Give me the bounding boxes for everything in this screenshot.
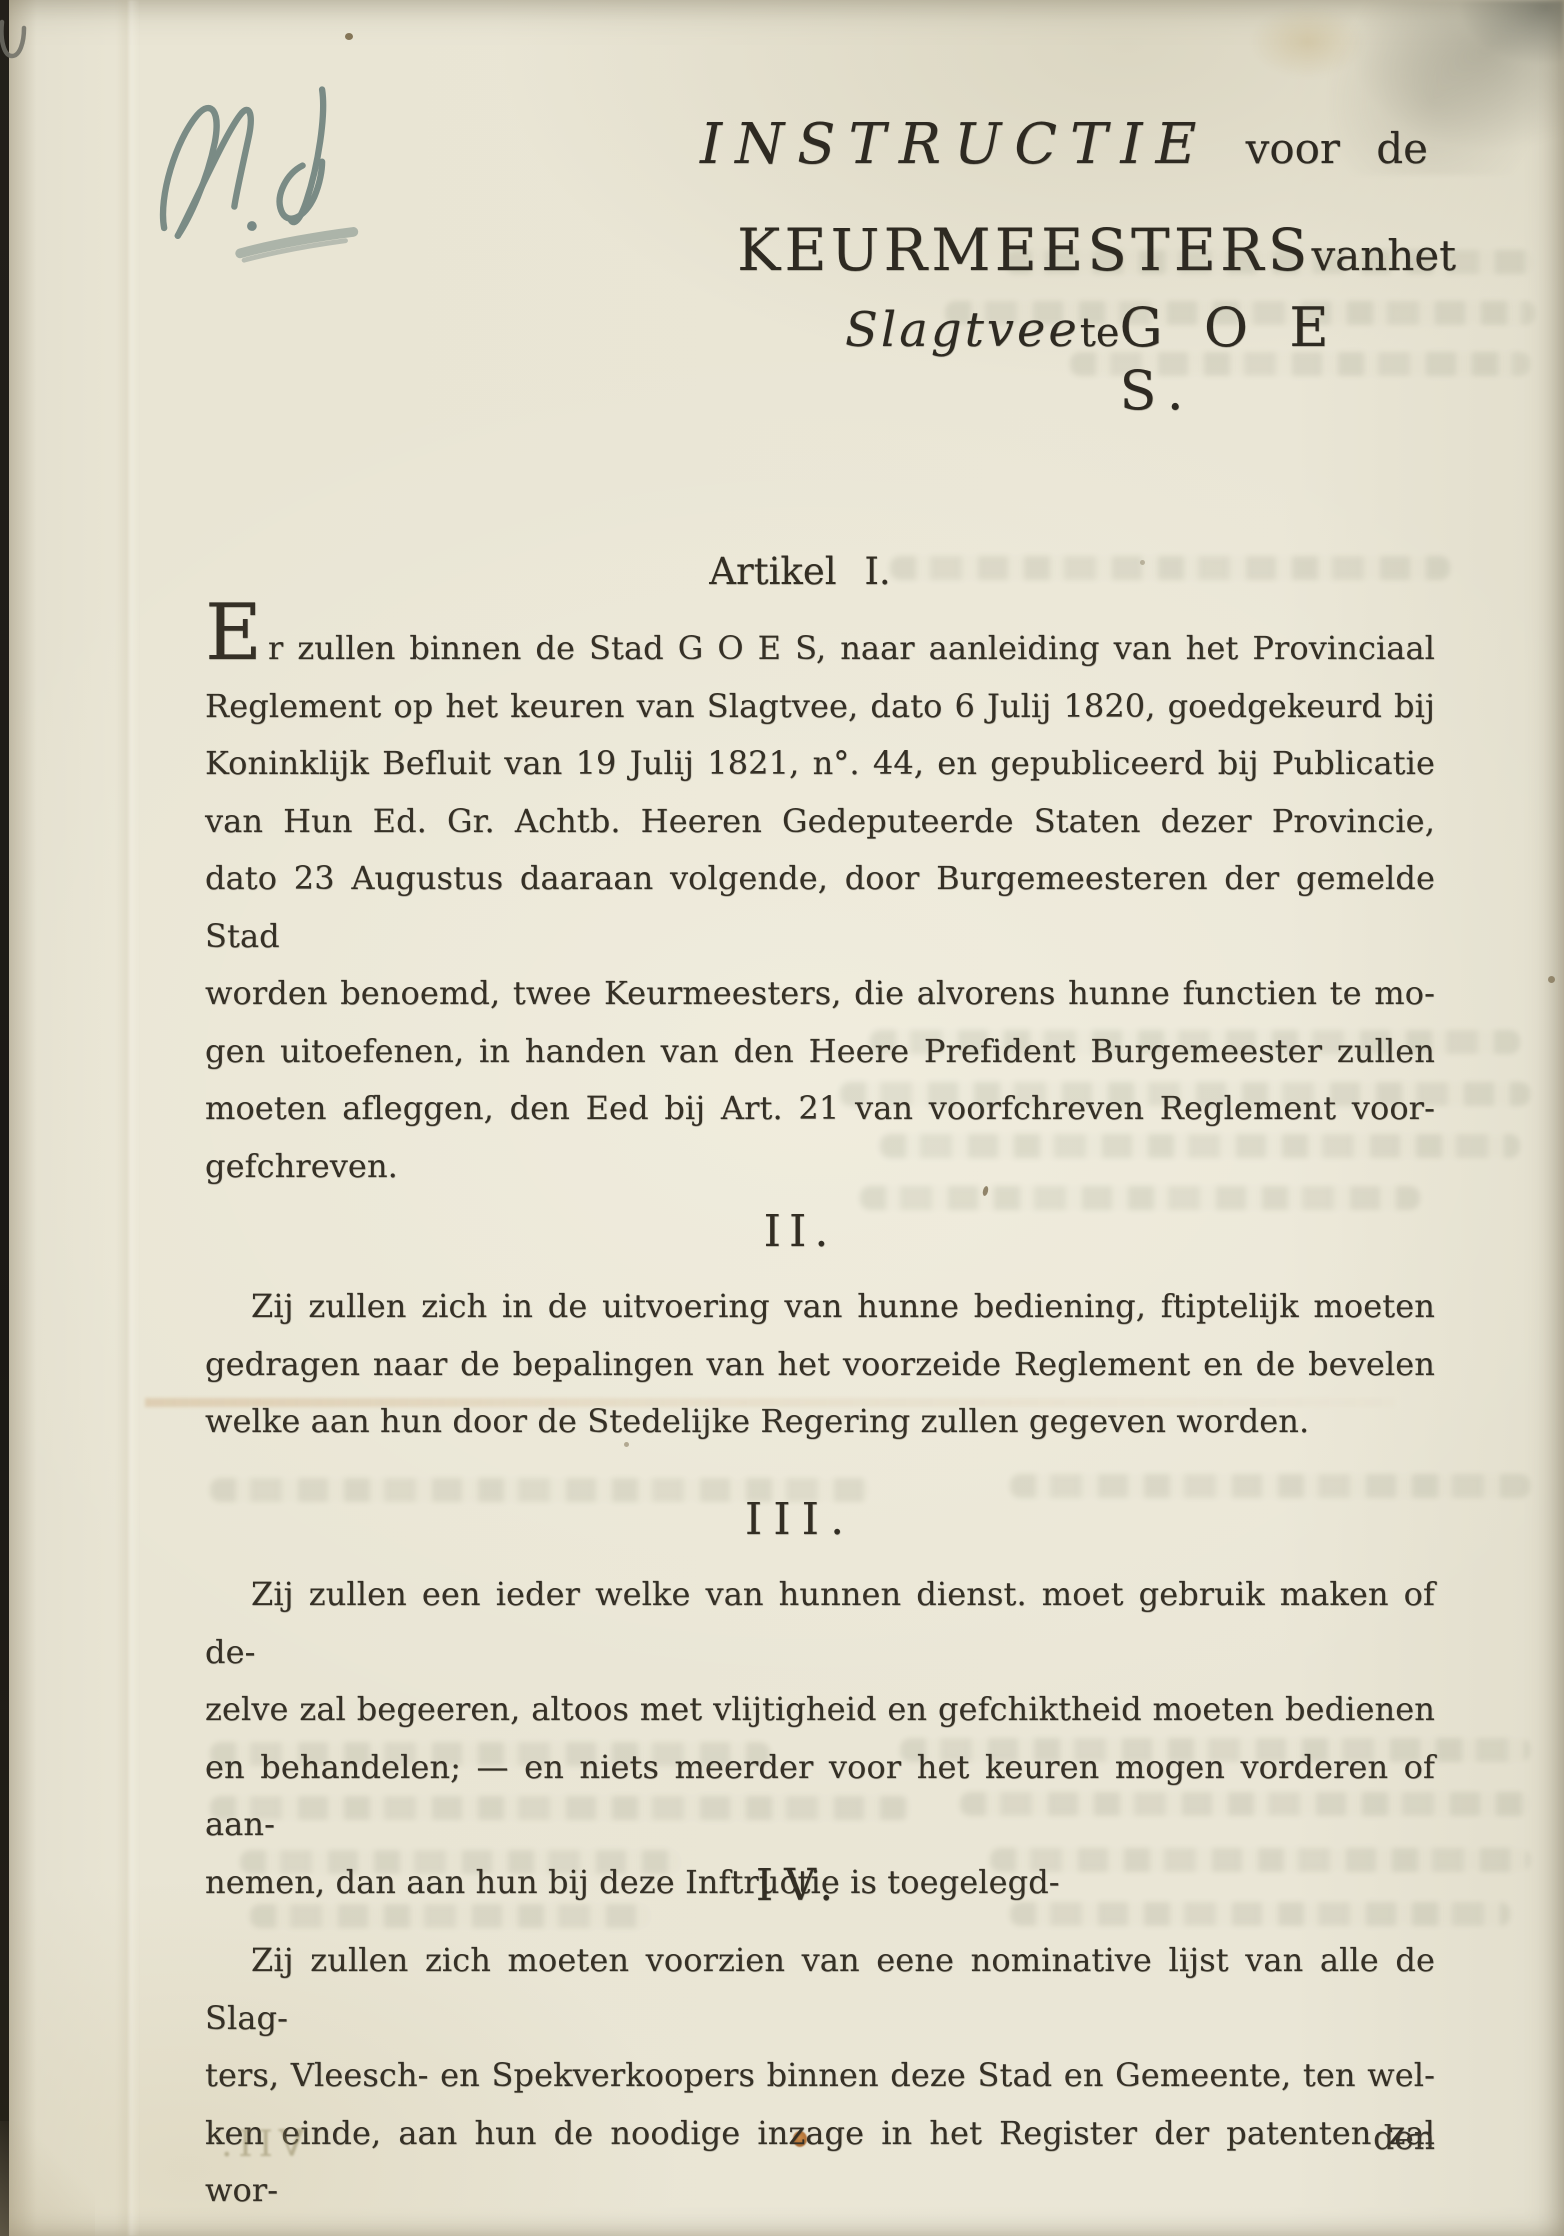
text-line: Reglement op het keuren van Slagtvee, da… [205,678,1435,736]
drop-cap: E [205,588,263,678]
ink-speck [1548,976,1555,983]
page-left-edge-shadow [9,0,37,2236]
title-goes: G O E S. [1120,296,1353,422]
pencil-initials-drawing [150,72,385,267]
text-line: gen uitoefenen, in handen van den Heere … [205,1023,1435,1081]
corner-mark-drawing [0,14,30,68]
top-right-yellow-stain [1250,6,1365,78]
text-line: Er zullen binnen de Stad G O E S, naar a… [205,620,1435,678]
text-line: Zij zullen een ieder welke van hunnen di… [205,1566,1435,1681]
article-1-paragraph: Er zullen binnen de Stad G O E S, naar a… [205,620,1435,1195]
corner-pencil-mark [0,14,30,68]
text-line: moeten afleggen, den Eed bij Art. 21 van… [205,1080,1435,1138]
vertical-fold-line [116,0,140,2236]
catchword: den [1205,2118,1435,2157]
article-2-paragraph: Zij zullen zich in de uitvoering van hun… [205,1278,1435,1451]
show-through-page-numeral: VII. [215,2124,305,2165]
article-4-heading: IV. [205,1860,1395,1911]
title-line-3: Slagtvee te G O E S. [845,296,1353,422]
title-keurmeesters: KEURMEESTERS [737,216,1311,284]
text-line: Zij zullen zich moeten voorzien van eene… [205,1932,1435,2047]
text-line: Koninklijk Befluit van 19 Julij 1821, n°… [205,735,1435,793]
text-line-content: r zullen binnen de Stad G O E S, naar aa… [268,629,1435,667]
text-line: dato 23 Augustus daaraan volgende, door … [205,850,1435,965]
article-3-heading: III. [205,1494,1395,1545]
page-left-edge [0,0,9,2236]
text-line: welke aan hun door de Stedelijke Regerin… [205,1393,1435,1451]
title-word-het: het [1387,231,1456,280]
title-line-1: INSTRUCTIE voor de [700,112,1428,177]
title-instructie: INSTRUCTIE [700,112,1209,177]
title-line-2: KEURMEESTERS van het [737,216,1429,284]
scanned-document-page: INSTRUCTIE voor de KEURMEESTERS van het … [0,0,1564,2236]
title-slagtvee: Slagtvee [845,302,1080,358]
article-2-heading: II. [205,1206,1395,1257]
title-word-te: te [1080,310,1120,356]
text-line: worden benoemd, twee Keurmeesters, die a… [205,965,1435,1023]
title-word-van: van [1311,231,1387,280]
text-line: van Hun Ed. Gr. Achtb. Heeren Gedeputeer… [205,793,1435,851]
article-4-paragraph: Zij zullen zich moeten voorzien van eene… [205,1932,1435,2220]
text-line: Zij zullen zich in de uitvoering van hun… [205,1278,1435,1336]
handwritten-initials [150,72,385,267]
text-line: zelve zal begeeren, altoos met vlijtighe… [205,1681,1435,1739]
title-word-voor: voor [1246,124,1340,173]
text-line: ters, Vleesch- en Spekverkoopers binnen … [205,2047,1435,2105]
article-1-heading: Artikel I. [205,550,1395,593]
text-line: gefchreven. [205,1138,1435,1196]
text-line: en behandelen; — en niets meerder voor h… [205,1739,1435,1854]
title-word-de: de [1376,124,1428,173]
bottom-left-corner-shading [0,2121,95,2236]
ink-speck [345,33,353,40]
text-line: gedragen naar de bepalingen van het voor… [205,1336,1435,1394]
